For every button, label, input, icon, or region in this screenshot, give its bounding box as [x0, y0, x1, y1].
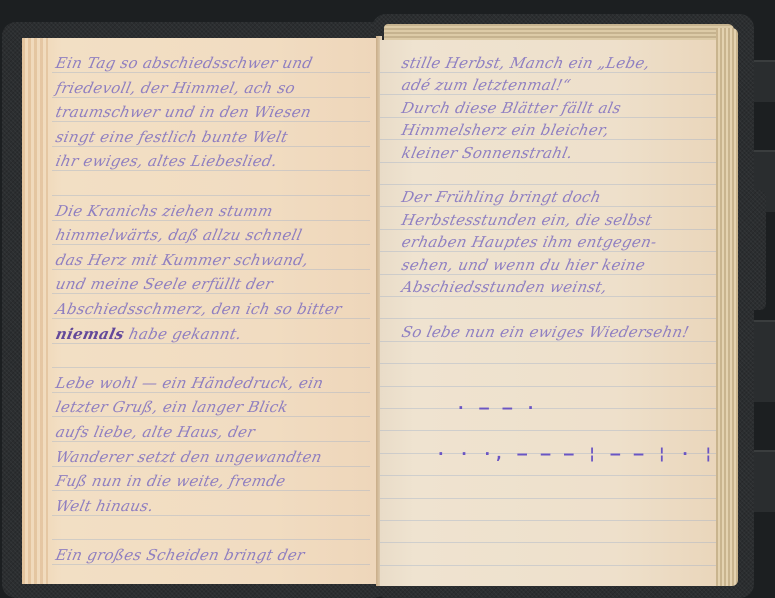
handwritten-line: Herbstesstunden ein, die selbst — [400, 211, 654, 229]
ruled-line — [52, 318, 370, 319]
handwritten-line: Die Kranichs ziehen stumm — [54, 202, 274, 220]
handwritten-line: adé zum letztenmal!“ — [400, 76, 572, 94]
handwritten-line: ihr ewiges, altes Liebeslied. — [54, 152, 279, 170]
handwritten-line: niemals habe gekannt. — [54, 325, 243, 343]
ruled-line — [380, 94, 716, 95]
ruled-line — [52, 539, 370, 540]
handwritten-line: Abschiedsstunden weinst, — [400, 278, 609, 296]
ruled-line — [52, 564, 370, 565]
ruled-line — [52, 72, 370, 73]
ruled-line — [52, 367, 370, 368]
left-page: Ein Tag so abschiedsschwer undfriedevoll… — [22, 38, 378, 584]
ruled-line — [380, 565, 716, 566]
ruled-line — [380, 542, 716, 543]
handwritten-line: Wanderer setzt den ungewandten — [54, 448, 324, 466]
ruled-line — [380, 184, 716, 185]
ruled-line — [52, 490, 370, 491]
handwritten-line: letzter Gruß, ein langer Blick — [54, 398, 290, 416]
handwritten-line: friedevoll, der Himmel, ach so — [54, 79, 297, 97]
ruled-line — [380, 363, 716, 364]
ruled-line — [52, 441, 370, 442]
handwritten-line: Himmelsherz ein bleicher, — [400, 121, 611, 139]
cover-clasp — [738, 190, 766, 310]
ruled-line — [380, 430, 716, 431]
handwritten-line: stille Herbst, Manch ein „Lebe, — [400, 54, 652, 72]
ruled-line — [380, 408, 716, 409]
handwritten-line: Abschiedsschmerz, den ich so bitter — [54, 300, 343, 318]
ruled-line — [380, 296, 716, 297]
handwritten-line: Lebe wohl — ein Händedruck, ein — [54, 374, 325, 392]
ruled-line — [52, 293, 370, 294]
ruled-line — [380, 386, 716, 387]
handwritten-line: Durch diese Blätter fällt als — [400, 99, 623, 117]
handwritten-line: Fuß nun in die weite, fremde — [54, 472, 287, 490]
ruled-line — [380, 520, 716, 521]
ruled-line — [52, 195, 370, 196]
ruled-line — [380, 251, 716, 252]
handwritten-line: So lebe nun ein ewiges Wiedersehn! — [400, 323, 691, 341]
handwritten-line: singt eine festlich bunte Welt — [54, 128, 289, 146]
handwritten-line: Ein Tag so abschiedsschwer und — [54, 54, 314, 72]
handwritten-line: himmelwärts, daß allzu schnell — [54, 226, 304, 244]
handwritten-line: Welt hinaus. — [54, 497, 155, 515]
handwritten-line: erhaben Hauptes ihm entgegen- — [400, 233, 658, 251]
ruled-line — [52, 244, 370, 245]
morse-code-line: · — — · — [456, 398, 537, 417]
ruled-line — [52, 121, 370, 122]
handwritten-line: kleiner Sonnenstrahl. — [400, 144, 574, 162]
morse-code-line: · · ·, — — — ¦ — — ¦ · ¦ · — · · , — — [436, 444, 716, 463]
handwritten-line: Der Frühling bringt doch — [400, 188, 603, 206]
ruled-line — [380, 206, 716, 207]
handwritten-line: aufs liebe, alte Haus, der — [54, 423, 257, 441]
emphasized-word: niemals — [54, 325, 126, 343]
ruled-line — [52, 170, 370, 171]
ruled-line — [380, 139, 716, 140]
page-side-edges — [716, 28, 738, 586]
handwritten-line: das Herz mit Kummer schwand, — [54, 251, 310, 269]
handwritten-line: und meine Seele erfüllt der — [54, 275, 275, 293]
ruled-line — [380, 318, 716, 319]
ruled-line — [380, 475, 716, 476]
handwritten-line: sehen, und wenn du hier keine — [400, 256, 647, 274]
right-page: stille Herbst, Manch ein „Lebe,adé zum l… — [380, 40, 716, 586]
ruled-line — [380, 498, 716, 499]
handwritten-line: traumschwer und in den Wiesen — [54, 103, 313, 121]
ruled-line — [380, 72, 716, 73]
ruled-line — [52, 416, 370, 417]
handwritten-line: Ein großes Scheiden bringt der — [54, 546, 306, 564]
